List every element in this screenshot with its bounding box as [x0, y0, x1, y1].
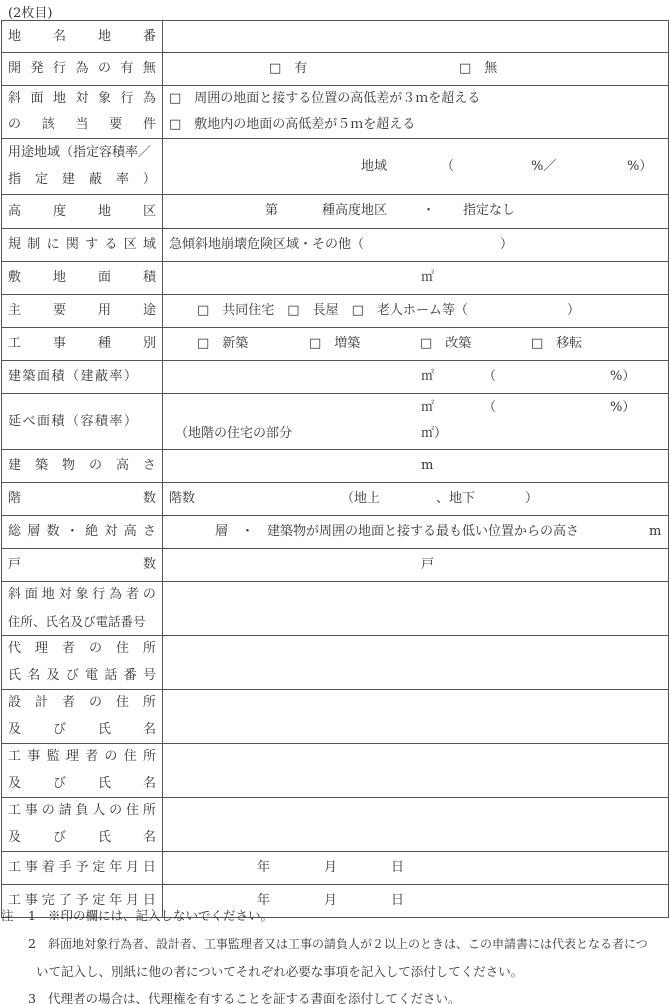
- label-takasa: 建築物の高さ: [8, 458, 156, 474]
- nobe-basement-label: （地階の住宅の部分: [175, 426, 292, 442]
- row-nobe: 延べ面積（容積率） ㎡ （ %） （地階の住宅の部分 ㎡）: [2, 394, 669, 450]
- field-kanri[interactable]: [163, 744, 669, 798]
- label-shamen-1: 斜面地対象行為: [8, 91, 156, 107]
- label-kosu: 戸数: [8, 557, 156, 573]
- shikichi-unit: ㎡: [421, 270, 434, 286]
- row-ukeoi: 工事の請負人の住所 及び氏名: [2, 798, 669, 852]
- soso-text: 層 ・ 建築物が周囲の地面と接する最も低い位置からの高さ: [215, 524, 579, 540]
- label-kodo: 高度地区: [8, 204, 156, 220]
- kanryo-year: 年: [257, 893, 270, 909]
- label-shamensha-1: 斜面地対象行為者の: [8, 587, 156, 603]
- kodo-dai: 第: [265, 203, 278, 219]
- row-shamen: 斜面地対象行為 の該当要件 □ 周囲の地面と接する位置の高低差が３ｍを超える □…: [2, 86, 669, 139]
- row-shuyo: 主要用途 □ 共同住宅 □ 長屋 □ 老人ホーム等（ ）: [2, 295, 669, 328]
- note-2-num: 2: [28, 936, 36, 952]
- kodo-dot: ・: [422, 203, 435, 219]
- field-ukeoi[interactable]: [163, 798, 669, 852]
- chakushu-day: 日: [391, 860, 404, 876]
- kenchiku-unit: ㎡: [421, 369, 434, 385]
- checkbox-koji-move[interactable]: □ 移転: [531, 336, 582, 352]
- kaisu-rparen: ）: [525, 491, 538, 507]
- label-chakushu: 工事着手予定年月日: [8, 860, 156, 876]
- label-koji: 工事種別: [8, 336, 156, 352]
- checkbox-shamen-5m[interactable]: □ 敷地内の地面の高低差が５ｍを超える: [169, 117, 662, 133]
- row-kosu: 戸数 戸: [2, 549, 669, 582]
- label-ukeoi-1: 工事の請負人の住所: [8, 803, 156, 819]
- note-3: 代理者の場合は、代理権を有することを証する書面を添付してください。: [48, 991, 461, 1004]
- kenchiku-pct: %）: [610, 369, 635, 385]
- row-shamensha: 斜面地対象行為者の 住所、氏名及び電話番号: [2, 582, 669, 636]
- nobe-basement-unit: ㎡）: [421, 426, 447, 442]
- row-soso: 総層数・絶対高さ 層 ・ 建築物が周囲の地面と接する最も低い位置からの高さ m: [2, 516, 669, 549]
- label-nobe: 延べ面積（容積率）: [8, 414, 156, 430]
- row-kodo: 高度地区 第 種高度地区 ・ 指定なし: [2, 195, 669, 229]
- kaisu-below: 、地下: [436, 491, 475, 507]
- row-sekkei: 設計者の住所 及び氏名: [2, 690, 669, 744]
- kisei-text: 急傾斜地崩壊危険区域・その他（: [169, 237, 364, 253]
- label-kanryo: 工事完了予定年月日: [8, 893, 156, 909]
- row-chimei: 地名地番: [2, 21, 669, 53]
- row-koji: 工事種別 □ 新築 □ 増築 □ 改築 □ 移転: [2, 328, 669, 361]
- row-kisei: 規制に関する区域 急傾斜地崩壊危険区域・その他（ ）: [2, 229, 669, 262]
- label-shikichi: 敷地面積: [8, 270, 156, 286]
- label-sekkei-2: 及び氏名: [8, 722, 156, 738]
- field-dairi[interactable]: [163, 636, 669, 690]
- yoto-pct-coverage: %）: [627, 159, 652, 175]
- field-sekkei[interactable]: [163, 690, 669, 744]
- yoto-chiiki: 地域: [361, 159, 387, 175]
- label-chimei: 地名地番: [8, 29, 156, 45]
- kenchiku-lparen: （: [483, 369, 496, 385]
- label-kanri-1: 工事監理者の住所: [8, 749, 156, 765]
- label-yoto-2: 指定建蔽率）: [8, 172, 156, 188]
- row-yoto: 用途地域（指定容積率／ 指定建蔽率） 地域 （ %／ %）: [2, 139, 669, 195]
- application-form-table: 地名地番 開発行為の有無 □ 有 □ 無 斜面地対象行為 の該当要件 □ 周囲の…: [1, 20, 669, 918]
- row-kaihatsu: 開発行為の有無 □ 有 □ 無: [2, 53, 669, 86]
- checkbox-kaihatsu-no[interactable]: □ 無: [459, 61, 497, 77]
- label-kaihatsu: 開発行為の有無: [8, 61, 156, 77]
- row-takasa: 建築物の高さ m: [2, 450, 669, 483]
- shuyo-rparen: ）: [567, 303, 580, 319]
- note-2a: 斜面地対象行為者、設計者、工事監理者又は工事の請負人が２以上のときは、この申請書…: [48, 936, 648, 952]
- label-kanri-2: 及び氏名: [8, 776, 156, 792]
- label-shamensha-2: 住所、氏名及び電話番号: [8, 614, 156, 630]
- nobe-pct: %）: [610, 400, 635, 416]
- label-shuyo: 主要用途: [8, 303, 156, 319]
- label-yoto-1: 用途地域（指定容積率／: [8, 145, 156, 161]
- nobe-unit: ㎡: [421, 400, 434, 416]
- label-shamen-2: の該当要件: [8, 117, 156, 133]
- checkbox-koji-new[interactable]: □ 新築: [197, 336, 248, 352]
- chakushu-year: 年: [257, 860, 270, 876]
- label-kaisu: 階数: [8, 491, 156, 507]
- field-chimei[interactable]: [163, 21, 669, 53]
- label-dairi-2: 氏名及び電話番号: [8, 668, 156, 684]
- nobe-lparen: （: [483, 400, 496, 416]
- label-kenchiku: 建築面積（建蔽率）: [8, 369, 156, 385]
- kaisu-text: 階数: [169, 491, 195, 507]
- row-chakushu: 工事着手予定年月日 年 月 日: [2, 852, 669, 885]
- checkbox-shamen-3m[interactable]: □ 周囲の地面と接する位置の高低差が３ｍを超える: [169, 91, 662, 107]
- notes-head: 注: [1, 908, 14, 924]
- shuyo-checkboxes[interactable]: □ 共同住宅 □ 長屋 □ 老人ホーム等（: [197, 303, 468, 319]
- row-kaisu: 階数 階数 （地上 、地下 ）: [2, 483, 669, 516]
- note-1-num: 1: [28, 908, 36, 924]
- takasa-unit: m: [421, 458, 433, 474]
- label-ukeoi-2: 及び氏名: [8, 830, 156, 846]
- chakushu-month: 月: [324, 860, 337, 876]
- row-kanri: 工事監理者の住所 及び氏名: [2, 744, 669, 798]
- field-shamensha[interactable]: [163, 582, 669, 636]
- row-shikichi: 敷地面積 ㎡: [2, 262, 669, 295]
- sheet-number: (2枚目): [8, 2, 52, 21]
- soso-unit: m: [649, 524, 661, 540]
- row-kenchiku: 建築面積（建蔽率） ㎡ （ %）: [2, 361, 669, 394]
- row-dairi: 代理者の住所 氏名及び電話番号: [2, 636, 669, 690]
- checkbox-koji-extend[interactable]: □ 増築: [309, 336, 360, 352]
- kodo-shu: 種高度地区: [322, 203, 387, 219]
- label-sekkei-1: 設計者の住所: [8, 695, 156, 711]
- label-soso: 総層数・絶対高さ: [8, 524, 156, 540]
- kodo-none[interactable]: 指定なし: [463, 203, 515, 219]
- note-3-num: 3: [28, 991, 36, 1004]
- yoto-pct-volume: %／: [531, 159, 556, 175]
- label-dairi-1: 代理者の住所: [8, 641, 156, 657]
- label-kisei: 規制に関する区域: [8, 237, 156, 253]
- note-2b: いて記入し、別紙に他の者についてそれぞれ必要な事項を記入して添付してください。: [36, 964, 523, 980]
- kanryo-day: 日: [391, 893, 404, 909]
- kaisu-above: （地上: [341, 491, 380, 507]
- note-1: ※印の欄には、記入しないでください。: [48, 908, 273, 924]
- yoto-lparen: （: [441, 159, 454, 175]
- kisei-rparen: ）: [500, 237, 513, 253]
- kanryo-month: 月: [324, 893, 337, 909]
- checkbox-koji-rebuild[interactable]: □ 改築: [420, 336, 471, 352]
- checkbox-kaihatsu-yes[interactable]: □ 有: [269, 61, 307, 77]
- kosu-unit: 戸: [421, 557, 434, 573]
